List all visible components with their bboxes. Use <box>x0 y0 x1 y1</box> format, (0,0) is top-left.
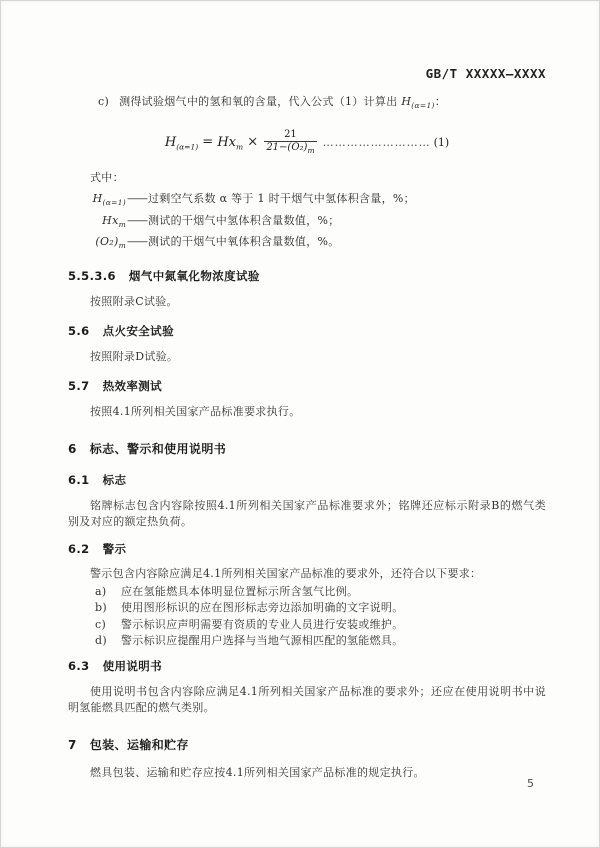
list-item-b: b)使用图形标识的应在图形标志旁边添加明确的文字说明。 <box>68 600 546 617</box>
equation-lhs: H(α=1) <box>165 135 198 150</box>
document-page: GB/T XXXXX—XXXX c)测得试验烟气中的氢和氧的含量，代入公式（1）… <box>0 0 600 848</box>
fraction-numerator: 21 <box>264 129 316 142</box>
where-label: 式中： <box>90 169 546 185</box>
definition-o2-m: (O₂)m——测试的干烟气中氧体积含量数值，%。 <box>68 233 546 254</box>
times-sign: × <box>243 135 262 150</box>
equation-fraction: 2121−(O₂)m <box>264 129 316 155</box>
list-item-a: a)应在氢能燃具本体明显位置标示所含氢气比例。 <box>68 584 546 601</box>
para-6-2-intro: 警示包含内容除应满足4.1所列相关国家产品标准的要求外，还符合以下要求： <box>68 566 546 582</box>
heading-5-5-3-6: 5.5.3.6烟气中氮氧化物浓度试验 <box>68 269 546 284</box>
fraction-denominator: 21−(O₂)m <box>264 142 316 156</box>
clause-c-text: 测得试验烟气中的氢和氧的含量，代入公式（1）计算出 <box>119 95 398 108</box>
para-5-7: 按照4.1所列相关国家产品标准要求执行。 <box>68 404 546 420</box>
definition-hx-m: Hxm——测试的干烟气中氢体积含量数值，%； <box>68 212 546 233</box>
page-content: c)测得试验烟气中的氢和氧的含量，代入公式（1）计算出 H(α=1)： H(α=… <box>68 95 546 781</box>
list-item-d: d)警示标识应提醒用户选择与当地气源相匹配的氢能燃具。 <box>68 633 546 650</box>
equation-number: (1) <box>434 136 450 149</box>
para-6-3: 使用说明书包含内容除应满足4.1所列相关国家产品标准的要求外；还应在使用说明书中… <box>68 684 546 716</box>
standard-number-header: GB/T XXXXX—XXXX <box>426 66 546 81</box>
equation-1: H(α=1) = Hxm × 2121−(O₂)m………………………(1) <box>68 129 546 155</box>
heading-6-2: 6.2警示 <box>68 542 546 557</box>
para-5-6: 按照附录D试验。 <box>68 349 546 365</box>
para-7: 燃具包装、运输和贮存应按4.1所列相关国家产品标准的规定执行。 <box>68 765 546 781</box>
equation-dot-leader: ……………………… <box>323 136 431 149</box>
para-6-1: 铭牌标志包含内容除按照4.1所列相关国家产品标准要求外；铭牌还应标示附录B的燃气… <box>68 498 546 530</box>
clause-c-colon: ： <box>435 95 446 108</box>
heading-6: 6标志、警示和使用说明书 <box>68 442 546 457</box>
clause-c-label: c) <box>98 95 109 108</box>
definition-h-alpha: H(α=1)——过剩空气系数 α 等于 1 时干烟气中氢体积含量，%； <box>68 190 546 211</box>
heading-5-6: 5.6点火安全试验 <box>68 324 546 339</box>
clause-c: c)测得试验烟气中的氢和氧的含量，代入公式（1）计算出 H(α=1)： <box>68 95 546 113</box>
page-number: 5 <box>527 777 534 790</box>
equals-sign: = <box>198 135 217 150</box>
clause-c-variable: H(α=1) <box>401 95 434 108</box>
equation-factor: Hxm <box>217 135 243 150</box>
heading-5-7: 5.7热效率测试 <box>68 379 546 394</box>
para-5-5-3-6: 按照附录C试验。 <box>68 294 546 310</box>
warning-list: a)应在氢能燃具本体明显位置标示所含氢气比例。 b)使用图形标识的应在图形标志旁… <box>68 584 546 650</box>
heading-7: 7包装、运输和贮存 <box>68 738 546 753</box>
list-item-c: c)警示标识应声明需要有资质的专业人员进行安装或维护。 <box>68 617 546 634</box>
heading-6-3: 6.3使用说明书 <box>68 659 546 674</box>
heading-6-1: 6.1标志 <box>68 473 546 488</box>
